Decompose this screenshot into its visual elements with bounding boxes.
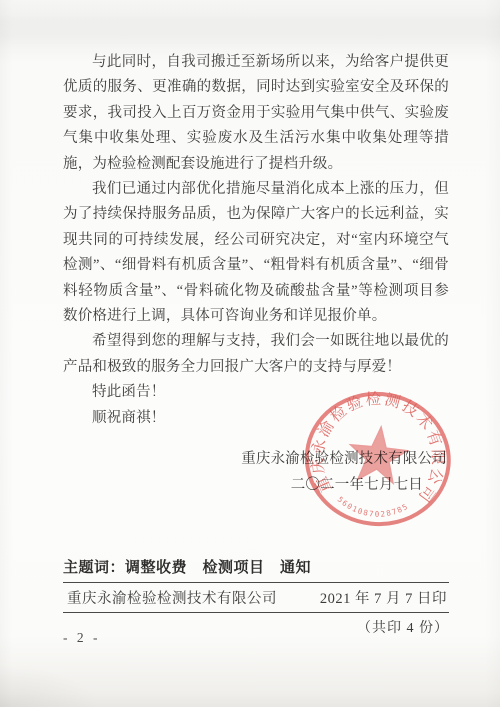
document-footer: 主题词：调整收费 检测项目 通知 重庆永渝检验检测技术有限公司 2021 年 7… [63, 556, 449, 637]
issuer-row: 重庆永渝检验检测技术有限公司 2021 年 7 月 7 日印 [63, 583, 449, 612]
page-number: - 2 - [63, 630, 101, 646]
seal-star-icon [347, 424, 409, 484]
paragraph-price-adjustment: 我们已通过内部优化措施尽量消化成本上涨的压力，但为了持续保持服务品质，也为保障广… [63, 177, 449, 329]
paragraph-relocation: 与此同时，自我司搬迁至新场所以来，为给客户提供更优质的服务、更准确的数据，同时达… [63, 50, 449, 177]
scanned-letter-page: 与此同时，自我司搬迁至新场所以来，为给客户提供更优质的服务、更准确的数据，同时达… [0, 0, 500, 707]
copies-count: （共印 4 份） [63, 613, 449, 637]
print-date: 2021 年 7 月 7 日印 [320, 587, 447, 608]
subject-keywords-line: 主题词：调整收费 检测项目 通知 [63, 556, 449, 582]
issuer-company: 重庆永渝检验检测技术有限公司 [67, 587, 277, 608]
paragraph-appreciation: 希望得到您的理解与支持，我们会一如既往地以最优的产品和极致的服务全力回报广大客户… [63, 329, 449, 380]
company-seal-stamp: 重庆永渝检验检测技术有限公司 5601087028785 [291, 374, 466, 540]
